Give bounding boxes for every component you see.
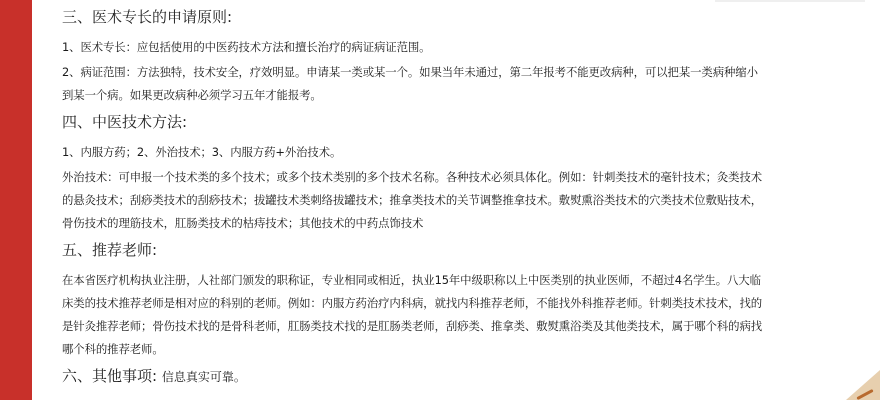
section-4-heading: 四、中医技术方法: xyxy=(62,111,862,133)
section-5-heading: 五、推荐老师: xyxy=(62,239,862,261)
section-3-heading: 三、医术专长的申请原则: xyxy=(62,6,862,28)
section-6-note: 信息真实可靠。 xyxy=(162,370,246,384)
section-4-item-1: 1、内服方药；2、外治技术；3、内服方药+外治技术。 xyxy=(62,141,862,164)
section-6-heading: 六、其他事项: 信息真实可靠。 xyxy=(62,365,862,388)
document-content: 三、医术专长的申请原则: 1、医术专长：应包括使用的中医药技术方法和擅长治疗的病… xyxy=(62,6,862,396)
text-line: 床类的技术推荐老师是相对应的科别的老师。例如：内服方药治疗内科病，就找内科推荐老… xyxy=(62,292,862,315)
text-line: 1、内服方药；2、外治技术；3、内服方药+外治技术。 xyxy=(62,141,862,164)
text-line: 在本省医疗机构执业注册，人社部门颁发的职称证，专业相同或相近，执业15年中级职称… xyxy=(62,269,862,292)
section-3-item-1: 1、医术专长：应包括使用的中医药技术方法和擅长治疗的病证病证范围。 xyxy=(62,36,862,59)
section-3-item-2: 2、病证范围：方法独特，技术安全，疗效明显。申请某一类或某一个。如果当年未通过，… xyxy=(62,61,862,107)
text-line: 的悬灸技术；刮痧类技术的刮痧技术；拔罐技术类刺络拔罐技术；推拿类技术的关节调整推… xyxy=(62,189,862,212)
top-edge-remnant xyxy=(715,0,865,2)
document-page: 三、医术专长的申请原则: 1、医术专长：应包括使用的中医药技术方法和擅长治疗的病… xyxy=(0,0,880,400)
section-5-item-1: 在本省医疗机构执业注册，人社部门颁发的职称证，专业相同或相近，执业15年中级职称… xyxy=(62,269,862,361)
text-line: 骨伤技术的理筋技术，肛肠类技术的枯痔技术；其他技术的中药点饰技术 xyxy=(62,212,862,235)
text-line: 到某一个病。如果更改病种必须学习五年才能报考。 xyxy=(62,84,862,107)
section-4-item-2: 外治技术：可申报一个技术类的多个技术；或多个技术类别的多个技术名称。各种技术必须… xyxy=(62,166,862,235)
text-line: 外治技术：可申报一个技术类的多个技术；或多个技术类别的多个技术名称。各种技术必须… xyxy=(62,166,862,189)
text-line: 1、医术专长：应包括使用的中医药技术方法和擅长治疗的病证病证范围。 xyxy=(62,36,862,59)
red-side-bar xyxy=(0,0,32,400)
text-line: 是针灸推荐老师；骨伤技术找的是骨科老师，肛肠类技术找的是肛肠类老师，刮痧类、推拿… xyxy=(62,315,862,338)
text-line: 哪个科的推荐老师。 xyxy=(62,338,862,361)
text-line: 2、病证范围：方法独特，技术安全，疗效明显。申请某一类或某一个。如果当年未通过，… xyxy=(62,61,862,84)
section-6-title: 六、其他事项: xyxy=(62,367,157,385)
